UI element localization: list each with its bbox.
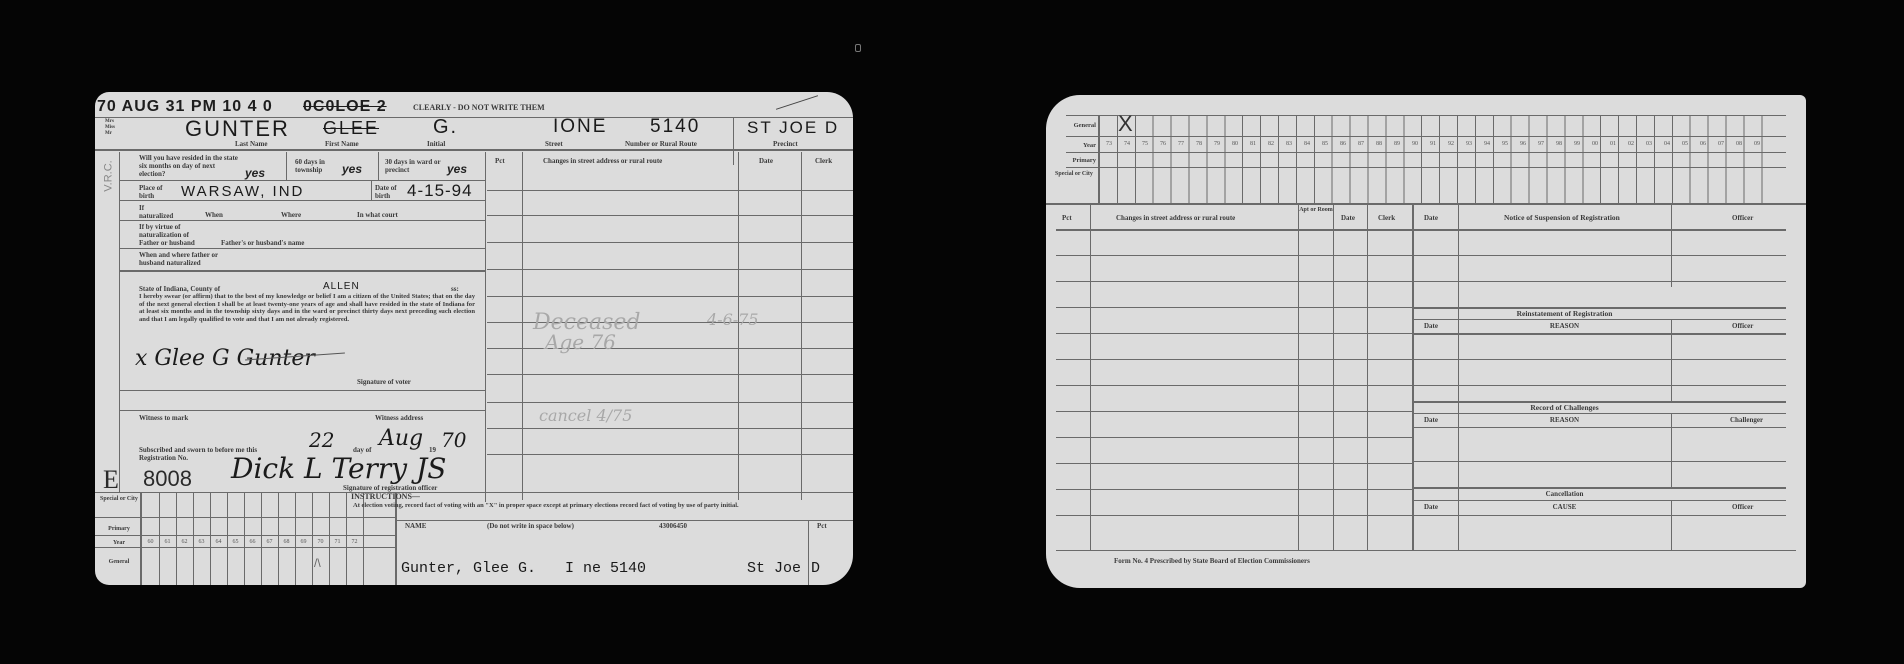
oath-text: I hereby swear (or affirm) that to the b… xyxy=(139,293,475,323)
typed-address: I ne 5140 xyxy=(565,560,646,577)
naturalized-court-label: In what court xyxy=(357,211,398,219)
typed-party: D xyxy=(811,560,820,577)
reinstatement-header-reason: REASON xyxy=(1458,322,1671,330)
state-residency-answer: yes xyxy=(245,166,265,180)
suspension-header-notice: Notice of Suspension of Registration xyxy=(1504,214,1620,222)
pencil-arrow xyxy=(776,95,818,110)
pencil-note-age: Age 76 xyxy=(545,330,616,354)
back-year: 94 xyxy=(1478,141,1496,147)
initial-label: Initial xyxy=(427,140,445,148)
back-grid-columns xyxy=(1100,115,1770,203)
front-grid-label-special: Special or City xyxy=(99,496,139,503)
naturalized-label: If naturalized xyxy=(139,204,179,220)
back-year: 97 xyxy=(1532,141,1550,147)
front-grid-label-primary: Primary xyxy=(99,525,139,533)
number-label: Number or Rural Route xyxy=(625,140,697,148)
front-general-mark-70: /\ xyxy=(314,556,321,570)
oath-ss: ss: xyxy=(451,285,459,293)
back-year: 96 xyxy=(1514,141,1532,147)
by-virtue-label: If by virtue of naturalization of Father… xyxy=(139,223,209,247)
instructions-code: 43006450 xyxy=(659,522,687,530)
street-value: IONE xyxy=(553,116,607,138)
front-year-62: 62 xyxy=(176,539,193,545)
witness-mark-label: Witness to mark xyxy=(139,414,188,422)
first-name-value: GLEE xyxy=(323,118,379,139)
precinct-value: ST JOE D xyxy=(747,118,839,138)
cancellation-title: Cancellation xyxy=(1458,490,1671,498)
front-year-64: 64 xyxy=(210,539,227,545)
county-value: ALLEN xyxy=(323,281,360,292)
back-year: 77 xyxy=(1172,141,1190,147)
back-year: 89 xyxy=(1388,141,1406,147)
back-year: 03 xyxy=(1640,141,1658,147)
voter-signature-label: Signature of voter xyxy=(357,378,411,386)
challenges-header-date: Date xyxy=(1424,416,1438,424)
reinstatement-header-date: Date xyxy=(1424,322,1438,330)
pencil-note-cancel: cancel 4/75 xyxy=(539,406,632,425)
back-year: 85 xyxy=(1316,141,1334,147)
township-question: 60 days in township xyxy=(295,158,343,174)
typed-precinct: St Joe xyxy=(747,560,801,577)
back-grid-label-special: Special or City xyxy=(1052,171,1096,178)
typed-name: Gunter, Glee G. xyxy=(401,560,536,577)
back-changes-header-date: Date xyxy=(1341,214,1355,222)
front-year-60: 60 xyxy=(142,539,159,545)
front-year-63: 63 xyxy=(193,539,210,545)
cancellation-header-officer: Officer xyxy=(1732,503,1753,511)
last-name-label: Last Name xyxy=(235,140,267,148)
front-year-65: 65 xyxy=(227,539,244,545)
back-changes-header-pct: Pct xyxy=(1062,214,1072,222)
back-year: 84 xyxy=(1298,141,1316,147)
back-year: 82 xyxy=(1262,141,1280,147)
birth-place-label: Place of birth xyxy=(139,184,169,200)
witness-address-label: Witness address xyxy=(375,414,423,422)
back-year: 73 xyxy=(1100,141,1118,147)
back-year: 90 xyxy=(1406,141,1424,147)
front-year-69: 69 xyxy=(295,539,312,545)
challenges-header-challenger: Challenger xyxy=(1730,416,1763,424)
front-year-72: 72 xyxy=(346,539,363,545)
ward-question: 30 days in ward or precinct xyxy=(385,158,443,174)
voter-signature: x Glee G Gunter xyxy=(135,346,315,371)
cancellation-header-cause: CAUSE xyxy=(1458,503,1671,511)
back-year: 74 xyxy=(1118,141,1136,147)
birth-date-value: 4-15-94 xyxy=(407,181,473,201)
pct-label: Pct xyxy=(817,522,827,530)
back-year: 95 xyxy=(1496,141,1514,147)
pencil-note-date: 4-6-75 xyxy=(707,310,759,329)
state-residency-question: Will you have resided in the state six m… xyxy=(139,154,239,178)
back-year: 99 xyxy=(1568,141,1586,147)
subscribed-day: 22 xyxy=(309,428,334,452)
back-year: 79 xyxy=(1208,141,1226,147)
birth-place-value: WARSAW, IND xyxy=(181,183,304,200)
father-name-label: Father's or husband's name xyxy=(221,239,304,247)
back-year: 76 xyxy=(1154,141,1172,147)
officer-signature: Dick L Terry JS xyxy=(231,452,446,485)
street-label: Street xyxy=(545,140,563,148)
ward-answer: yes xyxy=(447,162,467,176)
challenges-header-reason: REASON xyxy=(1458,416,1671,424)
township-answer: yes xyxy=(342,162,362,176)
back-general-mark-74: X xyxy=(1118,111,1133,137)
number-value: 5140 xyxy=(650,116,700,138)
birth-date-label: Date of birth xyxy=(375,184,405,200)
back-grid-label-general: General xyxy=(1052,122,1096,130)
back-year: 92 xyxy=(1442,141,1460,147)
front-year-70: 70 xyxy=(312,539,329,545)
voter-registration-card-front: 70 AUG 31 PM 10 4 0 0C0LOE 2 CLEARLY - D… xyxy=(95,92,853,585)
first-name-label: First Name xyxy=(325,140,359,148)
registration-number: 8008 xyxy=(143,466,192,492)
registration-label: Registration No. xyxy=(139,454,188,462)
back-year: 91 xyxy=(1424,141,1442,147)
back-year: 06 xyxy=(1694,141,1712,147)
front-year-68: 68 xyxy=(278,539,295,545)
back-changes-header-address: Changes in street address or rural route xyxy=(1116,214,1235,222)
front-grid-label-general: General xyxy=(99,558,139,566)
background-speck xyxy=(855,44,861,52)
back-grid-label-year: Year xyxy=(1052,142,1096,150)
instructions-text: At election voting, record fact of votin… xyxy=(353,502,823,510)
subscribed-year: 70 xyxy=(441,428,466,452)
last-name-value: GUNTER xyxy=(185,116,290,142)
reinstatement-header-officer: Officer xyxy=(1732,322,1753,330)
salutation-mr: Mr xyxy=(105,131,112,137)
front-grid-label-year: Year xyxy=(99,539,139,547)
officer-signature-label: Signature of registration officer xyxy=(343,484,437,492)
suspension-header-officer: Officer xyxy=(1732,214,1753,222)
voter-registration-card-back: General Year Primary Special or City 73 … xyxy=(1046,95,1806,588)
reinstatement-title: Reinstatement of Registration xyxy=(1458,310,1671,318)
back-year: 83 xyxy=(1280,141,1298,147)
back-year: 88 xyxy=(1370,141,1388,147)
front-year-67: 67 xyxy=(261,539,278,545)
back-year: 86 xyxy=(1334,141,1352,147)
suspension-header-date: Date xyxy=(1424,214,1438,222)
oath-state-county: State of Indiana, County of xyxy=(139,285,220,293)
front-changes-header-clerk: Clerk xyxy=(815,157,832,165)
front-year-71: 71 xyxy=(329,539,346,545)
back-year: 02 xyxy=(1622,141,1640,147)
date-stamp: 70 AUG 31 PM 10 4 0 xyxy=(97,98,273,116)
back-year: 04 xyxy=(1658,141,1676,147)
back-changes-header-apt: Apt or Room xyxy=(1299,207,1333,214)
front-year-66: 66 xyxy=(244,539,261,545)
back-year: 87 xyxy=(1352,141,1370,147)
instructions-title: INSTRUCTIONS— xyxy=(351,493,420,501)
back-year: 08 xyxy=(1730,141,1748,147)
margin-note: V.R.C. xyxy=(103,160,115,191)
back-year: 81 xyxy=(1244,141,1262,147)
front-changes-header-address: Changes in street address or rural route xyxy=(543,157,662,165)
header-instruction: CLEARLY - DO NOT WRITE THEM xyxy=(413,104,545,112)
registration-letter: E xyxy=(103,465,119,495)
cancellation-header-date: Date xyxy=(1424,503,1438,511)
back-year: 80 xyxy=(1226,141,1244,147)
back-year: 00 xyxy=(1586,141,1604,147)
naturalized-when-label: When xyxy=(205,211,223,219)
front-changes-header-date: Date xyxy=(759,157,773,165)
back-year: 75 xyxy=(1136,141,1154,147)
back-year: 98 xyxy=(1550,141,1568,147)
back-year: 01 xyxy=(1604,141,1622,147)
front-year-61: 61 xyxy=(159,539,176,545)
do-not-write-label: (Do not write in space below) xyxy=(487,522,574,530)
father-naturalized-label: When and where father or husband natural… xyxy=(139,251,219,267)
back-year: 78 xyxy=(1190,141,1208,147)
name-label: NAME xyxy=(405,522,426,530)
initial-value: G. xyxy=(433,116,458,139)
back-year: 09 xyxy=(1748,141,1766,147)
back-year: 05 xyxy=(1676,141,1694,147)
precinct-label: Precinct xyxy=(773,140,798,148)
stamp-overstrike: 0C0LOE 2 xyxy=(303,98,387,116)
back-year: 93 xyxy=(1460,141,1478,147)
back-changes-header-clerk: Clerk xyxy=(1378,214,1395,222)
back-year: 07 xyxy=(1712,141,1730,147)
front-changes-header-pct: Pct xyxy=(495,157,521,165)
subscribed-month: Aug xyxy=(379,426,423,451)
challenges-title: Record of Challenges xyxy=(1458,404,1671,412)
form-footer: Form No. 4 Prescribed by State Board of … xyxy=(1114,557,1310,565)
back-grid-label-primary: Primary xyxy=(1052,157,1096,165)
naturalized-where-label: Where xyxy=(281,211,301,219)
